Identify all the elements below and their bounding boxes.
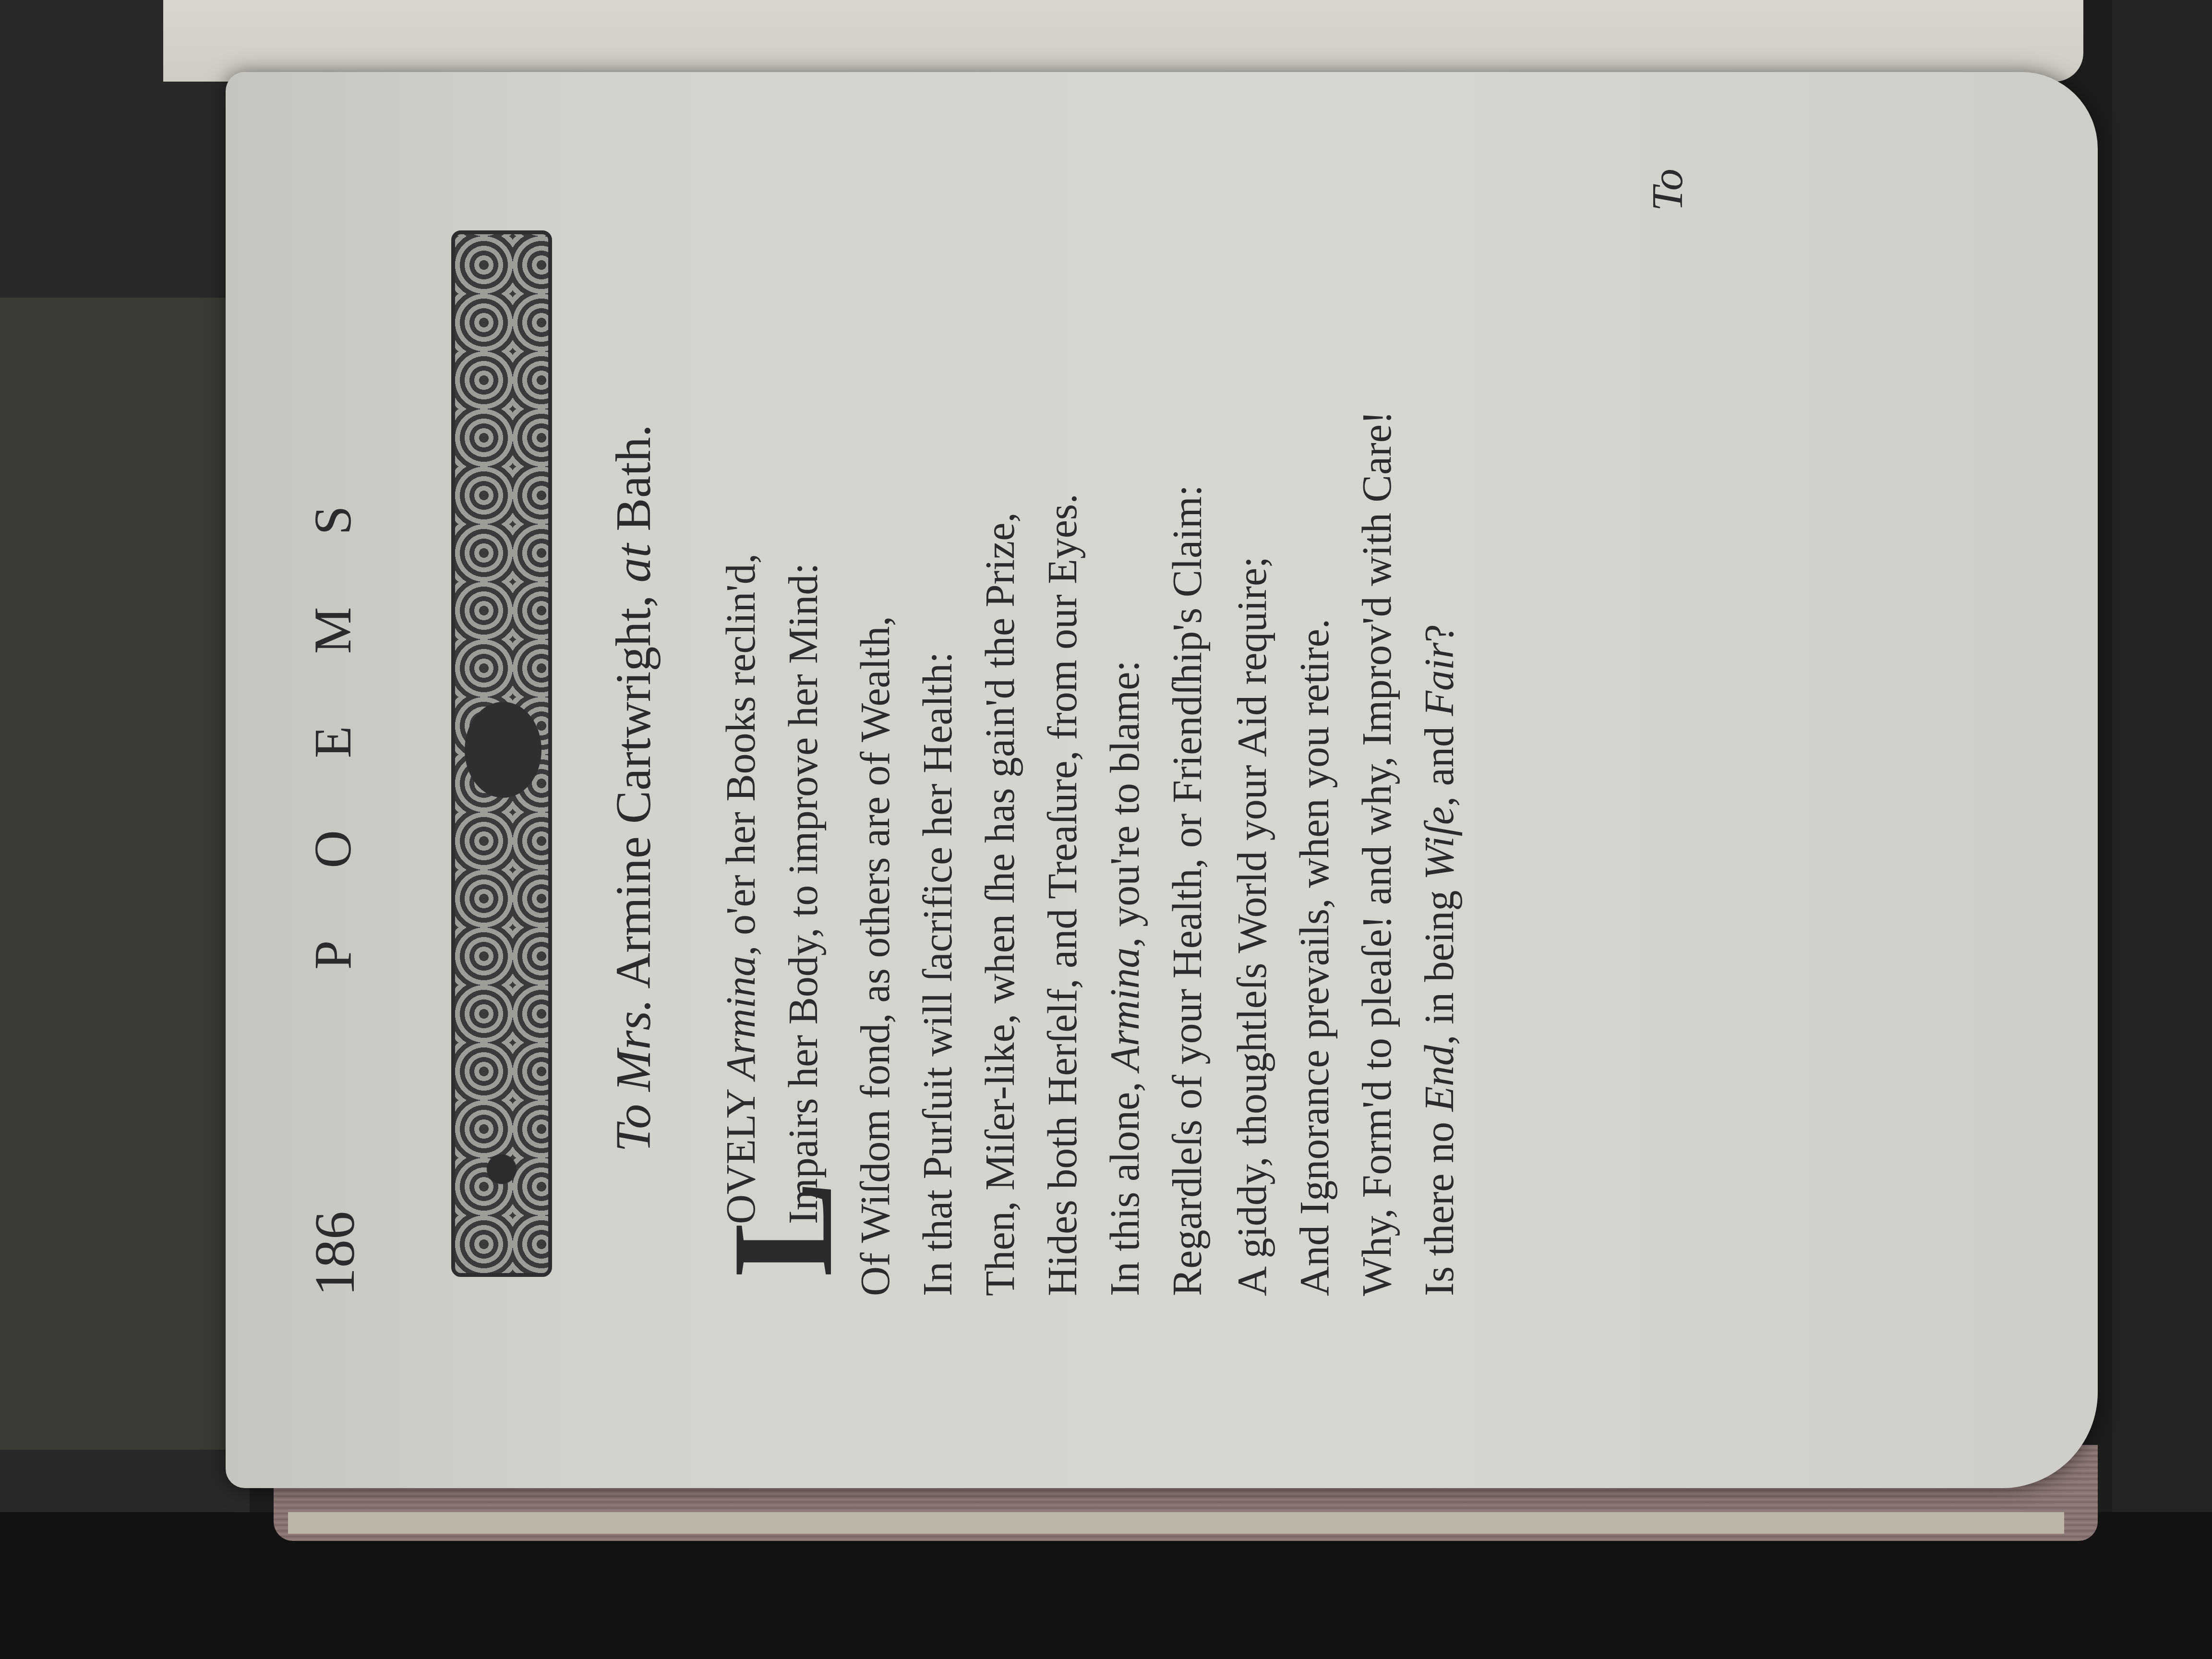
line-text: , in being: [1416, 880, 1462, 1045]
line-text: Impairs her Body, to improve her Mind:: [780, 563, 826, 1224]
line-text: , you're to blame:: [1102, 661, 1148, 948]
page-content: 186 POEMS To Mrs. Armine Cartwright, at …: [302, 0, 1743, 1296]
line-text: Why, Form'd to pleaſe! and why, Improv'd…: [1354, 410, 1400, 1296]
title-at: at: [606, 544, 661, 583]
line-text: Of Wiſdom fond, as others are of Wealth,: [852, 616, 898, 1296]
line-text: Then, Miſer-like, when ſhe has gain'd th…: [977, 512, 1023, 1296]
line-text: Is there no: [1416, 1112, 1462, 1296]
poem-line: And Ignorance prevails, when you retire.: [1294, 619, 1335, 1296]
running-head: 186 POEMS: [302, 192, 370, 1296]
line-text: OVELY: [718, 1080, 764, 1224]
title-place: Bath.: [606, 424, 661, 531]
ornament-centerpiece-icon: [465, 702, 541, 798]
running-head-title: POEMS: [302, 433, 363, 970]
line-text: In that Purſuit will ſacrifice her Healt…: [914, 652, 961, 1296]
poem-line: Hides both Herſelf, and Treaſure, from o…: [1042, 493, 1083, 1296]
dark-background-right: [2112, 0, 2212, 1659]
line-text: Hides both Herſelf, and Treaſure, from o…: [1039, 493, 1085, 1296]
poem-title: To Mrs. Armine Cartwright, at Bath.: [605, 424, 662, 1152]
line-text: Regardleſs of your Health, or Friendſhip…: [1164, 485, 1210, 1296]
page-number: 186: [302, 1211, 368, 1296]
line-text: A giddy, thoughtleſs World your Aid requ…: [1229, 556, 1275, 1296]
title-prefix: To: [606, 1104, 661, 1152]
poem-line: Is there no End, in being Wiſe, and Fair…: [1419, 624, 1460, 1296]
line-italic: Fair: [1416, 643, 1462, 716]
line-text: , and: [1416, 716, 1462, 806]
line-text: , o'er her Books reclin'd,: [718, 553, 764, 956]
poem-line: Why, Form'd to pleaſe! and why, Improv'd…: [1356, 410, 1397, 1296]
line-italic: Armina: [1102, 948, 1148, 1071]
line-italic: End: [1416, 1045, 1462, 1112]
line-text: In this alone,: [1102, 1071, 1148, 1296]
poem-line: Impairs her Body, to improve her Mind:: [782, 563, 824, 1224]
poem-line: In that Purſuit will ſacrifice her Healt…: [917, 652, 958, 1296]
poem-line: A giddy, thoughtleſs World your Aid requ…: [1231, 556, 1273, 1296]
page-block-edge-light: [288, 1512, 2064, 1534]
line-text: ?: [1416, 624, 1462, 642]
title-honorific: Mrs.: [606, 998, 661, 1092]
book-cover-edge: [0, 298, 250, 1450]
poem-line: Of Wiſdom fond, as others are of Wealth,: [854, 616, 896, 1296]
poem-line: Then, Miſer-like, when ſhe has gain'd th…: [979, 512, 1021, 1296]
line-italic: Wiſe: [1416, 806, 1462, 880]
poem-line: Regardleſs of your Health, or Friendſhip…: [1166, 485, 1208, 1296]
title-name: Armine Cartwright,: [606, 595, 661, 989]
poem-line: OVELY Armina, o'er her Books reclin'd,: [720, 553, 761, 1224]
catchword: To: [1642, 168, 1693, 211]
poem-line: In this alone, Armina, you're to blame:: [1104, 661, 1145, 1296]
ornamental-headpiece-icon: [451, 230, 552, 1277]
line-text: And Ignorance prevails, when you retire.: [1291, 619, 1337, 1296]
line-italic: Armina: [718, 956, 764, 1080]
